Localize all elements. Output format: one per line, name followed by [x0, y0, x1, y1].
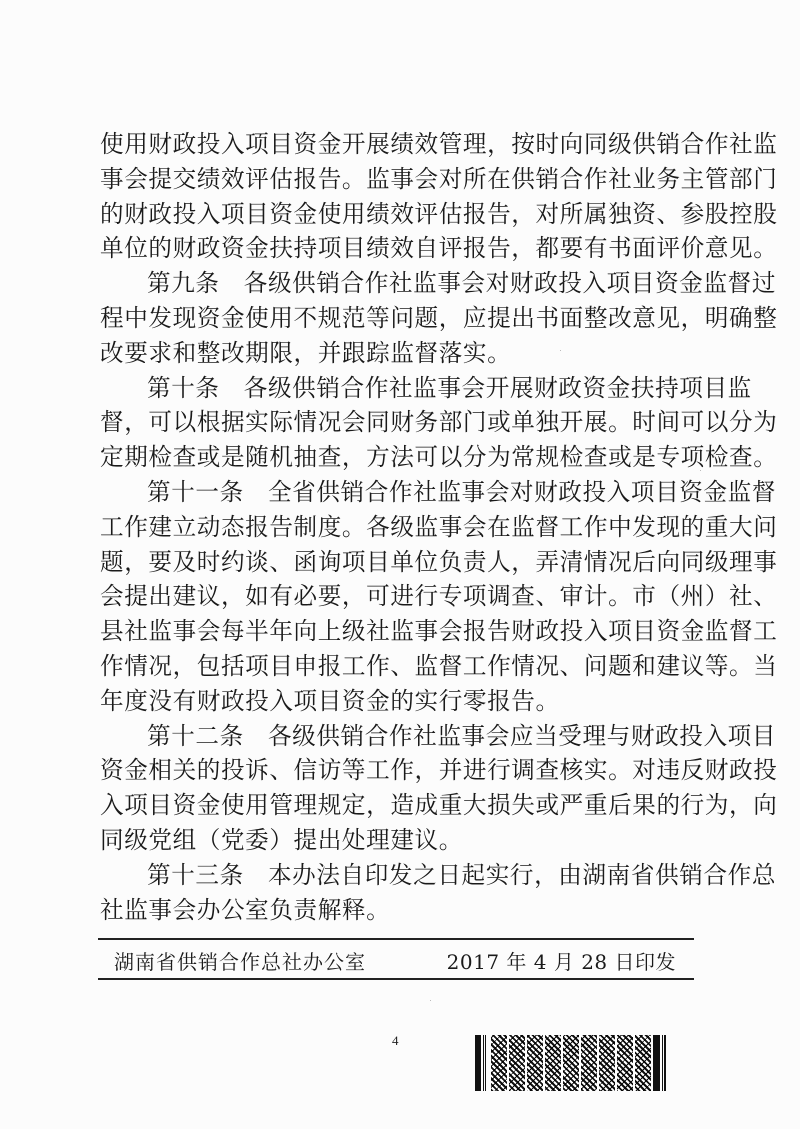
- issue-date: 2017 年 4 月 28 日印发: [447, 946, 676, 975]
- pdf417-barcode-icon: [475, 1035, 667, 1091]
- issuer-name: 湖南省供销合作总社办公室: [114, 946, 366, 975]
- issuance-footer: 湖南省供销合作总社办公室 2017 年 4 月 28 日印发: [98, 938, 694, 980]
- document-page: 使用财政投入项目资金开展绩效管理，按时向同级供销合作社监 事会提交绩效评估报告。…: [0, 0, 800, 1129]
- text-line: 资金相关的投诉、信访等工作，并进行调查核实。对违反财政投: [100, 753, 704, 788]
- article-11-heading-line: 第十一条 全省供销合作社监事会对财政投入项目资金监督: [100, 475, 704, 510]
- text-line: 改要求和整改期限，并跟踪监督落实。: [100, 336, 704, 371]
- text-line: 作情况，包括项目申报工作、监督工作情况、问题和建议等。当: [100, 649, 704, 684]
- text-line: 题，要及时约谈、函询项目单位负责人，弄清情况后向同级理事: [100, 545, 704, 580]
- scan-speck: [610, 620, 611, 621]
- text-line: 的财政投入项目资金使用绩效评估报告，对所属独资、参股控股: [100, 197, 704, 232]
- text-line: 同级党组（党委）提出处理建议。: [100, 823, 704, 858]
- scan-speck: [560, 350, 561, 351]
- scan-speck: [700, 470, 701, 471]
- scan-speck: [430, 1000, 431, 1001]
- text-line: 工作建立动态报告制度。各级监事会在监督工作中发现的重大问: [100, 510, 704, 545]
- text-line: 社监事会办公室负责解释。: [100, 893, 704, 928]
- text-line: 程中发现资金使用不规范等问题，应提出书面整改意见，明确整: [100, 301, 704, 336]
- article-10-heading-line: 第十条 各级供销合作社监事会开展财政资金扶持项目监: [100, 371, 704, 406]
- article-12-heading-line: 第十二条 各级供销合作社监事会应当受理与财政投入项目: [100, 719, 704, 754]
- page-number: 4: [392, 1033, 399, 1049]
- text-line: 县社监事会每半年向上级社监事会报告财政投入项目资金监督工: [100, 614, 704, 649]
- barcode-data-area: [491, 1035, 651, 1091]
- text-line: 年度没有财政投入项目资金的实行零报告。: [100, 684, 704, 719]
- text-line: 定期检查或是随机抽查，方法可以分为常规检查或是专项检查。: [100, 440, 704, 475]
- article-9-heading-line: 第九条 各级供销合作社监事会对财政投入项目资金监督过: [100, 266, 704, 301]
- text-line: 单位的财政资金扶持项目绩效自评报告，都要有书面评价意见。: [100, 231, 704, 266]
- text-line: 入项目资金使用管理规定，造成重大损失或严重后果的行为，向: [100, 788, 704, 823]
- article-13-heading-line: 第十三条 本办法自印发之日起实行，由湖南省供销合作总: [100, 858, 704, 893]
- text-line: 督，可以根据实际情况会同财务部门或单独开展。时间可以分为: [100, 405, 704, 440]
- barcode-stop-bar: [653, 1035, 660, 1091]
- document-body: 使用财政投入项目资金开展绩效管理，按时向同级供销合作社监 事会提交绩效评估报告。…: [100, 127, 704, 927]
- text-line: 会提出建议，如有必要，可进行专项调查、审计。市（州）社、: [100, 579, 704, 614]
- text-line: 事会提交绩效评估报告。监事会对所在供销合作社业务主管部门: [100, 162, 704, 197]
- text-line: 使用财政投入项目资金开展绩效管理，按时向同级供销合作社监: [100, 127, 704, 162]
